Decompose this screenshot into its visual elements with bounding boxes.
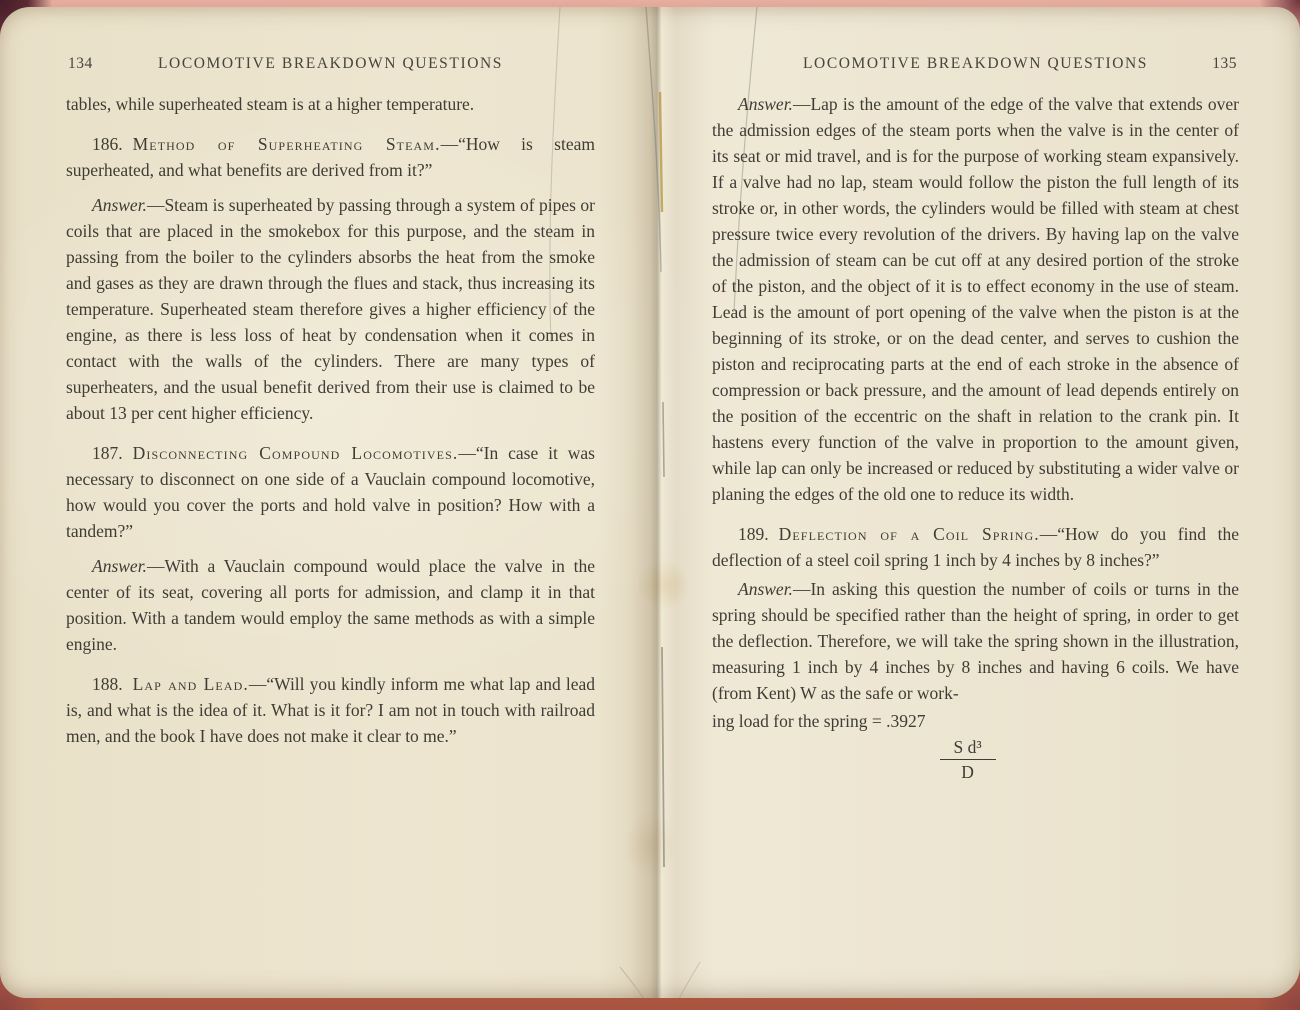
left-page-number: 134 [68,51,93,77]
answer-label: Answer. [92,195,147,215]
answer-text: —Steam is superheated by passing through… [66,195,595,423]
right-running-title: LOCOMOTIVE BREAKDOWN QUESTIONS [803,55,1148,72]
right-page-number: 135 [1212,51,1237,77]
answer-label: Answer. [92,556,147,576]
left-page-header: 134 LOCOMOTIVE BREAKDOWN QUESTIONS [66,51,595,75]
question-187: 187.Disconnecting Compound Locomotives.—… [66,440,595,544]
left-page: 134 LOCOMOTIVE BREAKDOWN QUESTIONS table… [66,7,595,998]
answer-186: Answer.—Steam is superheated by passing … [66,192,595,426]
question-title: Lap and Lead. [133,674,249,694]
answer-187: Answer.—With a Vauclain compound would p… [66,553,595,657]
question-number: 188. [92,674,123,694]
formula-fraction: S d³D [940,735,996,784]
fraction-numerator: S d³ [947,735,987,759]
answer-189: Answer.—In asking this question the numb… [712,576,1239,706]
question-title: Method of Superheating Steam. [133,134,441,154]
left-running-title: LOCOMOTIVE BREAKDOWN QUESTIONS [158,55,503,72]
spring-load-formula: ing load for the spring = .3927S d³D [712,708,1239,784]
fraction-denominator: D [955,760,980,784]
binding-thread [660,92,662,212]
question-title: Disconnecting Compound Locomotives. [133,443,459,463]
right-page: LOCOMOTIVE BREAKDOWN QUESTIONS 135 Answe… [712,7,1239,998]
question-number: 187. [92,443,123,463]
book-spread: 134 LOCOMOTIVE BREAKDOWN QUESTIONS table… [0,7,1300,998]
book-gutter [598,7,716,998]
scanned-book-photo: { "left_page": { "page_number": "134", "… [0,0,1300,1010]
answer-label: Answer. [738,579,793,599]
paragraph-continuation: tables, while superheated steam is at a … [66,91,595,117]
question-186: 186.Method of Superheating Steam.—“How i… [66,131,595,183]
question-title: Deflection of a Coil Spring. [779,524,1040,544]
question-188: 188.Lap and Lead.—“Will you kindly infor… [66,671,595,749]
question-number: 189. [738,524,769,544]
answer-label: Answer. [738,94,793,114]
answer-188: Answer.—Lap is the amount of the edge of… [712,91,1239,507]
right-page-header: LOCOMOTIVE BREAKDOWN QUESTIONS 135 [712,51,1239,75]
answer-text: —Lap is the amount of the edge of the va… [712,94,1239,504]
question-189: 189.Deflection of a Coil Spring.—“How do… [712,521,1239,573]
question-number: 186. [92,134,123,154]
paragraph-text: tables, while superheated steam is at a … [66,94,474,114]
formula-prefix: ing load for the spring = .3927 [712,711,926,731]
